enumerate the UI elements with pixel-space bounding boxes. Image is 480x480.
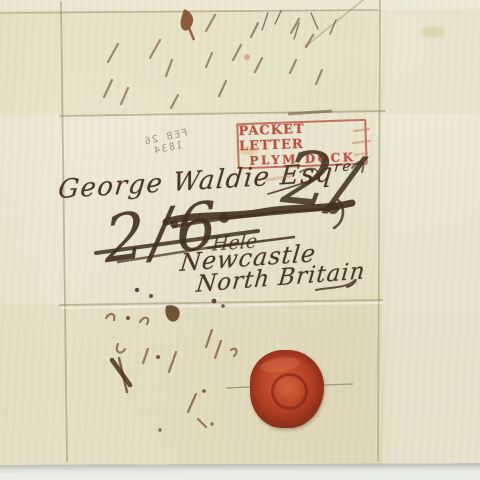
paper-top-flap-edge [0, 0, 480, 11]
paper-stain [420, 26, 446, 38]
letter-photo: FEB 26 1834 PACKET LETTER PLYM DOCK Geor… [0, 0, 480, 480]
rate-mark-right: 2/ [277, 135, 368, 228]
paper-top-panel [0, 0, 480, 115]
paper-bottom-panel [0, 304, 383, 465]
red-wax-seal [250, 350, 324, 428]
